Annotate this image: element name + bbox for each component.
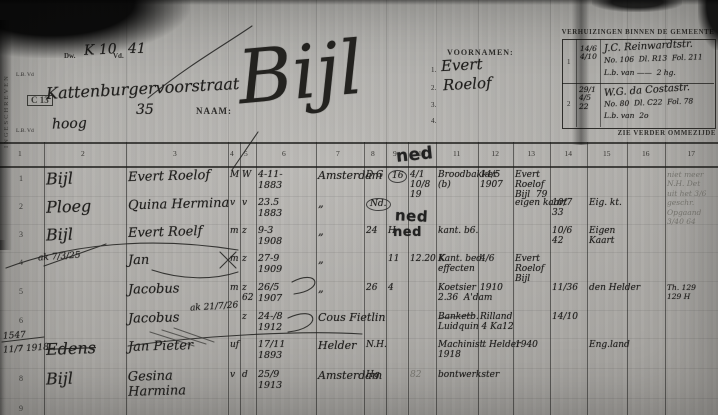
table-column-line-faint: [627, 0, 628, 142]
verhuizingen-row2-dates: 29/1 4/5 22: [579, 86, 596, 111]
cell-r2-c15: Eig. kt.: [589, 198, 622, 208]
table-column-line: [240, 142, 241, 415]
table-column-line: [228, 142, 229, 415]
cell-r6-c12: Rilland: [480, 312, 512, 322]
cell-r8-c6: 25/9 1913: [258, 370, 282, 391]
table-column-line-faint: [436, 0, 437, 142]
verhuizingen-row1-dates: 14/6 4/10: [580, 45, 597, 62]
column-header-11: 11: [453, 149, 460, 158]
cell-r7-first: Jan Pieter: [128, 339, 194, 355]
table-column-line-faint: [550, 0, 551, 142]
cell-r6-first: Jacobus: [128, 311, 180, 327]
column-header-13: 13: [528, 149, 536, 158]
table-column-line-faint: [386, 0, 387, 142]
column-header-4: 4: [230, 149, 234, 158]
cell-r4-first: Jan: [128, 254, 150, 269]
table-column-line: [436, 142, 437, 415]
cell-r4-c4: m: [230, 254, 239, 264]
cell-r2-c4: v: [230, 198, 235, 208]
cell-r5-c6: 26/5 1907: [258, 283, 282, 304]
margin-note: 11/7 1918: [3, 342, 50, 355]
cell-r5-c12: 1910: [480, 283, 503, 293]
cell-r4-c6: 27-9 1909: [258, 254, 282, 275]
cell-r6-c14: 14/10: [552, 312, 578, 322]
column-header-7: 7: [336, 149, 340, 158]
street-value: Kattenburgervoorstraat: [46, 75, 240, 103]
cell-r3-c5: z: [242, 226, 247, 236]
table-row-line: [0, 224, 718, 225]
row-number: 4: [0, 258, 42, 267]
cell-r2-c6: 23.5 1883: [258, 198, 282, 219]
cell-r4-c7: „: [318, 254, 324, 266]
verhuizingen-footer: ZIE VERDER OMMEZIJDE: [590, 130, 716, 137]
cell-r8-c11: bontwerkster: [438, 370, 499, 380]
naam-label: NAAM:: [196, 106, 232, 116]
cell-r5-c7: „: [318, 283, 324, 295]
cell-r3-c4: m: [230, 226, 239, 236]
cell-r3-c15: Eigen Kaart: [589, 226, 615, 246]
cell-r2-c7: „: [318, 198, 324, 210]
column-header-8: 8: [371, 149, 375, 158]
cell-r4-c12: 4/6: [480, 254, 494, 264]
cell-r3-surname: Bijl: [46, 226, 74, 245]
margin-note: 1547: [3, 330, 27, 342]
cell-r5-c9: 4: [388, 283, 394, 293]
ned-stamp: ned: [395, 143, 434, 167]
table-column-line-faint: [316, 0, 317, 142]
table-column-line: [665, 142, 666, 415]
voornamen-line-2-value: Roelof: [443, 75, 492, 94]
table-column-line: [513, 142, 514, 415]
ned-stamp: ned: [393, 225, 422, 240]
table-column-line-faint: [126, 0, 127, 142]
cell-r5-c8: 26: [366, 283, 377, 293]
cell-r1-c4: M: [230, 170, 239, 180]
table-column-line: [256, 142, 257, 415]
cell-r2-first: Quina Hermina: [128, 197, 230, 214]
cell-r1-c5: W: [242, 170, 251, 180]
verhuizingen-grid-line: [562, 83, 714, 84]
cell-r4-c5: z: [242, 254, 247, 264]
cell-r7-c13: 1940: [515, 340, 538, 350]
table-column-line: [386, 142, 387, 415]
cell-r5-c5: z 62: [242, 283, 253, 303]
cell-r2-c5: v: [242, 198, 247, 208]
cell-r3-c8: 24: [366, 226, 377, 236]
table-column-line: [408, 142, 409, 415]
table-column-line-faint: [665, 0, 666, 142]
cell-r7-c8: N.H.: [366, 340, 387, 350]
cell-r5-c17: Th. 129 129 H: [667, 283, 696, 302]
verhuizingen-row2-num: 2: [567, 100, 571, 108]
row-number: 2: [0, 202, 42, 211]
table-column-line-faint: [478, 0, 479, 142]
cell-r7-c4: uf: [230, 340, 239, 350]
verhuizingen-row1-num: 1: [567, 58, 571, 66]
column-header-14: 14: [565, 149, 573, 158]
row-number: 6: [0, 316, 42, 325]
column-header-2: 2: [81, 149, 85, 158]
cell-r7-c6: 17/11 1893: [258, 340, 285, 361]
cell-r4-c9: 11: [388, 254, 399, 264]
column-header-1: 1: [18, 149, 22, 158]
cell-r5-c4: m: [230, 283, 239, 293]
scan-dark-mark: [592, 0, 682, 12]
table-column-line-faint: [256, 0, 257, 142]
vd-label: Vd.: [113, 52, 124, 60]
verhuizingen-title: VERHUIZINGEN BINNEN DE GEMEENTE: [561, 29, 715, 36]
column-header-15: 15: [603, 149, 611, 158]
ned-stamp: ned: [395, 206, 429, 226]
dw-label: Dw.: [64, 52, 75, 60]
table-column-line-faint: [228, 0, 229, 142]
cell-r1-c13: Evert Roelof Bijl 79: [515, 170, 547, 200]
table-column-line: [550, 142, 551, 415]
cell-r1-first: Evert Roelof: [128, 169, 211, 186]
cell-r2-c8: Nd.: [366, 198, 391, 211]
table-row-line: [0, 252, 718, 253]
cell-r7-c11: Machinist 1918: [438, 340, 483, 360]
row-number: 5: [0, 287, 42, 296]
cell-r8-first: Gesina Harmina: [128, 369, 187, 400]
cell-r1-c17: niet meer N.H. Det uit het 3/6 geschr. O…: [667, 170, 706, 226]
cell-r8-c10: 82: [410, 370, 421, 380]
scanned-register-card: INGESCHREVEN L.B. Vd C 13 L.B. Vd Dw. K …: [0, 0, 718, 415]
cell-r8-c5: d: [242, 370, 248, 380]
cell-r3-c6: 9-3 1908: [258, 226, 282, 247]
table-row-line: [0, 196, 718, 197]
column-header-16: 16: [642, 149, 650, 158]
cell-r8-c8: Hg: [366, 370, 380, 380]
cell-r2-surname: Ploeg: [46, 197, 92, 216]
table-row-line: [0, 338, 718, 339]
cell-r1-c12: 14/5 1907: [480, 170, 503, 190]
lb-label-top: L.B. Vd: [16, 72, 34, 78]
table-rule: [0, 166, 718, 168]
table-rule: [0, 142, 718, 144]
margin-note: ak 21/7/26: [190, 300, 239, 313]
table-row-line: [0, 398, 718, 399]
cell-r8-c4: v: [230, 370, 235, 380]
cell-r3-c14: 10/6 42: [552, 226, 572, 246]
cell-r3-c7: „: [318, 226, 324, 238]
cell-r6-c7: Cous Fietlin: [318, 312, 385, 324]
cell-r7-c7: Helder: [318, 340, 356, 352]
cell-r5-c14: 11/36: [552, 283, 578, 293]
cell-r6-c6: 24-/8 1912: [258, 312, 283, 333]
table-column-line: [316, 142, 317, 415]
voornamen-line-1-value: Evert: [441, 56, 483, 75]
cell-r1-c10: 4/1 10/8 19: [410, 170, 430, 200]
cell-r1-c8: D G: [366, 170, 383, 180]
cell-r1-c6: 4-11- 1883: [258, 170, 283, 191]
cell-r3-c11: kant. b6.: [438, 226, 478, 236]
cell-r4-c13: Evert Roelof Bijl: [515, 254, 544, 284]
cell-r6-c5: z: [242, 312, 247, 322]
cell-r5-c15: den Helder: [589, 283, 640, 293]
column-header-3: 3: [173, 149, 177, 158]
column-header-17: 17: [688, 149, 696, 158]
house-number-value: 35: [136, 103, 154, 119]
column-header-6: 6: [282, 149, 286, 158]
lb-label-bottom: L.B. Vd: [16, 128, 34, 134]
cell-r1-surname: Bijl: [46, 170, 74, 189]
cell-r5-first: Jacobus: [128, 282, 180, 298]
cell-r7-surname: Edens: [46, 339, 97, 359]
scan-dark-edge: [0, 0, 718, 5]
cell-r2-c14: 10/7 33: [552, 198, 572, 218]
floor-value: hoog: [52, 116, 87, 133]
row-number: 8: [0, 374, 42, 383]
cell-r8-surname: Bijl: [46, 370, 74, 389]
cell-r4-c11: Kant. bed. effecten: [438, 254, 485, 274]
surname-script: Bijl: [234, 25, 366, 122]
margin-note: ak 7/3/25: [38, 251, 81, 264]
table-column-line: [627, 142, 628, 415]
row-number: 9: [0, 404, 42, 413]
row-number: 3: [0, 230, 42, 239]
column-header-12: 12: [492, 149, 500, 158]
cell-r1-c9: 16: [388, 170, 407, 183]
cell-r7-c15: Eng.land: [589, 340, 630, 350]
row-number: 1: [0, 174, 42, 183]
huisnummer-vd-value: 41: [128, 42, 146, 58]
ingeschreven-vertical-label: INGESCHREVEN: [3, 52, 10, 148]
column-header-5: 5: [244, 149, 248, 158]
cell-r3-first: Evert Roelf: [128, 225, 203, 241]
table-column-line: [587, 142, 588, 415]
table-row-line: [0, 281, 718, 282]
